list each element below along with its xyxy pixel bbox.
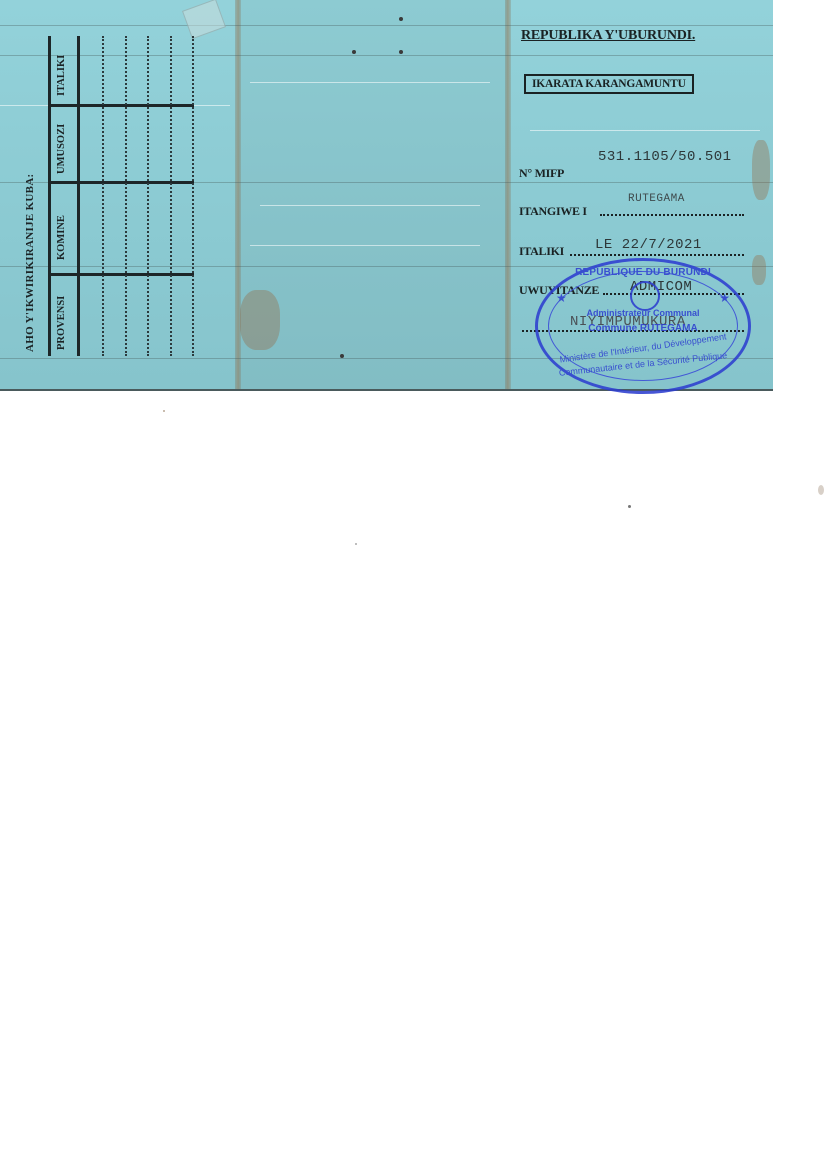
speck [399, 17, 403, 21]
coat-of-arms-icon [630, 281, 660, 311]
stamp-title: Administrateur Communal [538, 308, 748, 318]
column-header-komine: KOMINE [56, 215, 67, 260]
speck [352, 50, 356, 54]
dotted-line [192, 36, 194, 356]
field-dotted-line [570, 254, 744, 256]
stain [752, 255, 766, 285]
table-row-divider [48, 181, 194, 184]
scan-speck [818, 485, 824, 495]
residence-section-title: AHO Y'IKWIRIKIRANIJE KUBA: [24, 173, 36, 352]
field-value-mifp: 531.1105/50.501 [598, 149, 732, 165]
table-border [48, 36, 51, 356]
dotted-line [170, 36, 172, 356]
official-stamp: REPUBLIQUE DU BURUNDI ★ ★ Administrateur… [535, 258, 751, 394]
column-header-provensi: PROVENSI [56, 296, 67, 350]
field-label-mifp: N° MIFP [519, 166, 564, 181]
crease [0, 55, 773, 56]
scan-speck [628, 505, 631, 508]
dotted-line [125, 36, 127, 356]
scan-speck [163, 410, 165, 412]
field-value-itangiwe: RUTEGAMA [628, 193, 685, 205]
crease [250, 82, 490, 83]
field-label-italiki: ITALIKI [519, 244, 564, 259]
scan-speck [355, 543, 357, 545]
stain [752, 140, 770, 200]
crease [250, 245, 480, 246]
table-row-divider [48, 273, 194, 276]
dotted-line [102, 36, 104, 356]
crease [530, 130, 760, 131]
field-label-itangiwe: ITANGIWE I [519, 204, 587, 219]
card-title: IKARATA KARANGAMUNTU [524, 74, 694, 94]
stamp-country: REPUBLIQUE DU BURUNDI [538, 267, 748, 278]
crease [0, 25, 773, 26]
speck [399, 50, 403, 54]
id-card: AHO Y'IKWIRIKIRANIJE KUBA: PROVENSI KOMI… [0, 0, 773, 389]
country-title: REPUBLIKA Y'UBURUNDI. [521, 28, 695, 44]
field-dotted-line [600, 214, 744, 216]
crease [260, 205, 480, 206]
field-value-italiki: LE 22/7/2021 [595, 237, 702, 253]
stain [240, 290, 280, 350]
star-icon: ★ [719, 291, 730, 306]
table-border [77, 36, 80, 356]
table-row-divider [48, 104, 194, 107]
star-icon: ★ [556, 291, 567, 306]
column-header-italiki: ITALIKI [56, 55, 67, 96]
dotted-line [147, 36, 149, 356]
speck [340, 354, 344, 358]
fold-line-right [505, 0, 511, 389]
column-header-umusozi: UMUSOZI [56, 124, 67, 174]
